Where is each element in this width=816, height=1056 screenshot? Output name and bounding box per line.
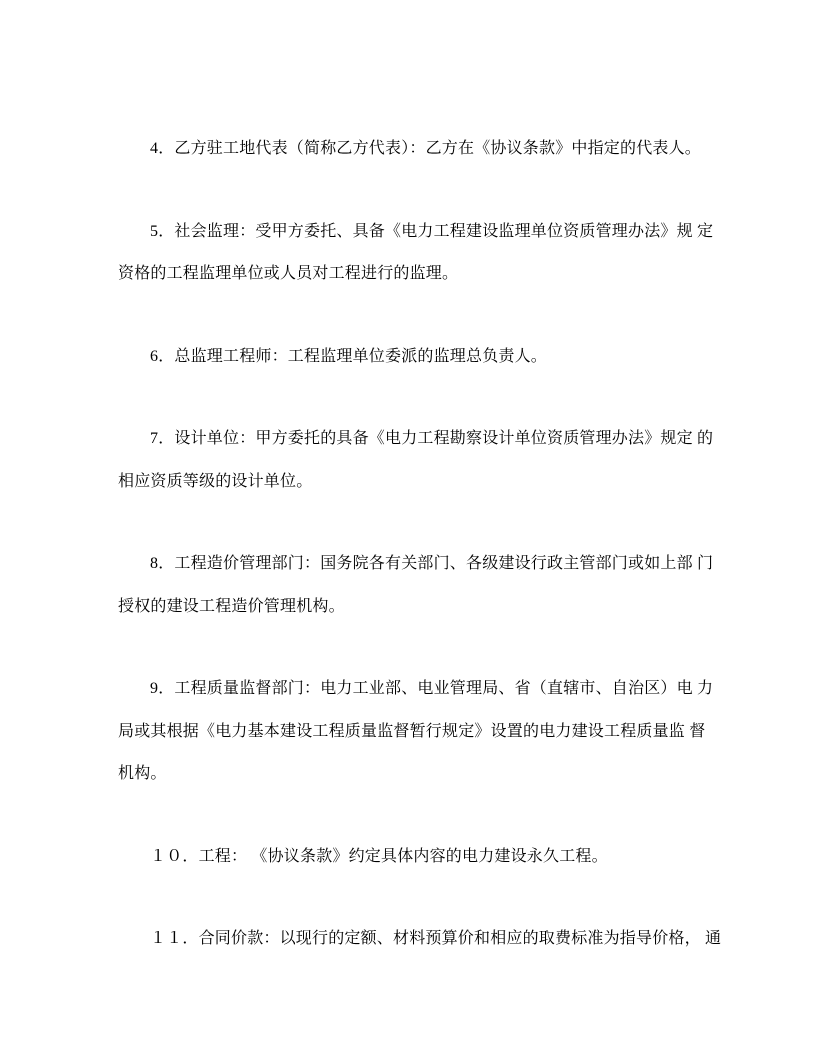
text-line: 6．总监理工程师：工程监理单位委派的监理总负责人。: [118, 336, 700, 379]
text-line: 9．工程质量监督部门：电力工业部、电业管理局、省（直辖市、自治区）电 力: [118, 668, 700, 711]
paragraph-clause-9: 9．工程质量监督部门：电力工业部、电业管理局、省（直辖市、自治区）电 力 局或其…: [118, 668, 700, 796]
text-line: １１．合同价款：以现行的定额、材料预算价和相应的取费标准为指导价格， 通: [118, 918, 700, 961]
text-line: 相应资质等级的设计单位。: [118, 461, 700, 504]
text-line: 授权的建设工程造价管理机构。: [118, 586, 700, 629]
paragraph-clause-4: 4．乙方驻工地代表（简称乙方代表）：乙方在《协议条款》中指定的代表人。: [118, 128, 700, 171]
paragraph-clause-8: 8．工程造价管理部门：国务院各有关部门、各级建设行政主管部门或如上部 门 授权的…: [118, 543, 700, 628]
text-line: 4．乙方驻工地代表（简称乙方代表）：乙方在《协议条款》中指定的代表人。: [118, 128, 700, 171]
text-line: 7．设计单位：甲方委托的具备《电力工程勘察设计单位资质管理办法》规定 的: [118, 418, 700, 461]
text-line: 局或其根据《电力基本建设工程质量监督暂行规定》设置的电力建设工程质量监 督: [118, 711, 700, 754]
paragraph-clause-11: １１．合同价款：以现行的定额、材料预算价和相应的取费标准为指导价格， 通: [118, 918, 700, 961]
text-line: １０．工程： 《协议条款》约定具体内容的电力建设永久工程。: [118, 836, 700, 879]
text-line: 8．工程造价管理部门：国务院各有关部门、各级建设行政主管部门或如上部 门: [118, 543, 700, 586]
text-line: 5．社会监理：受甲方委托、具备《电力工程建设监理单位资质管理办法》规 定: [118, 211, 700, 254]
paragraph-clause-5: 5．社会监理：受甲方委托、具备《电力工程建设监理单位资质管理办法》规 定 资格的…: [118, 211, 700, 296]
paragraph-clause-7: 7．设计单位：甲方委托的具备《电力工程勘察设计单位资质管理办法》规定 的 相应资…: [118, 418, 700, 503]
paragraph-clause-10: １０．工程： 《协议条款》约定具体内容的电力建设永久工程。: [118, 836, 700, 879]
text-line: 资格的工程监理单位或人员对工程进行的监理。: [118, 253, 700, 296]
document-page: 4．乙方驻工地代表（简称乙方代表）：乙方在《协议条款》中指定的代表人。 5．社会…: [0, 0, 816, 1056]
text-line: 机构。: [118, 753, 700, 796]
paragraph-clause-6: 6．总监理工程师：工程监理单位委派的监理总负责人。: [118, 336, 700, 379]
